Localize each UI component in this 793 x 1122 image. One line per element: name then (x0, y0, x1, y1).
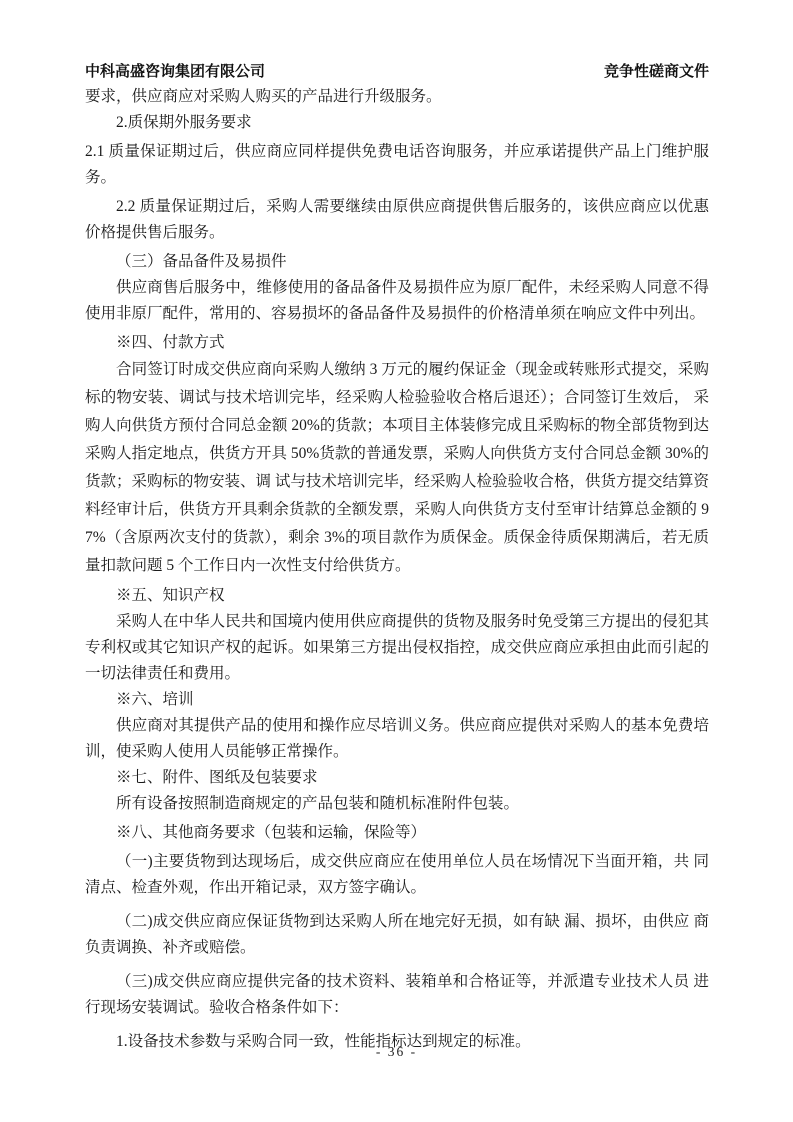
page-header: 中科高盛咨询集团有限公司 竞争性磋商文件 (85, 62, 709, 82)
paragraph: 供应商对其提供产品的使用和操作应尽培训义务。供应商应提供对采购人的基本免费培训，… (85, 713, 709, 765)
paragraph: 2.1 质量保证期过后，供应商应同样提供免费电话咨询服务，并应承诺提供产品上门维… (85, 139, 709, 191)
paragraph: ※五、知识产权 (85, 583, 709, 609)
paragraph: 2.2 质量保证期过后，采购人需要继续由原供应商提供售后服务的，该供应商应以优惠… (85, 194, 709, 246)
paragraph: （三)成交供应商应提供完备的技术资料、装箱单和合格证等，并派遣专业技术人员 进行… (85, 969, 709, 1021)
paragraph: （三）备品备件及易损件 (85, 249, 709, 275)
page-footer: - 36 - (0, 1044, 793, 1060)
paragraph: 采购人在中华人民共和国境内使用供应商提供的货物及服务时免受第三方提出的侵犯其专利… (85, 609, 709, 687)
paragraph: （一)主要货物到达现场后，成交供应商应在使用单位人员在场情况下当面开箱，共 同清… (85, 849, 709, 901)
page-number: - 36 - (376, 1044, 417, 1059)
paragraph: 供应商售后服务中，维修使用的备品备件及易损件应为原厂配件，未经采购人同意不得使用… (85, 275, 709, 327)
paragraph: 合同签订时成交供应商向采购人缴纳 3 万元的履约保证金（现金或转账形式提交，采购… (85, 356, 709, 580)
header-doc-type: 竞争性磋商文件 (604, 62, 709, 82)
paragraph: 所有设备按照制造商规定的产品包装和随机标准附件包装。 (85, 791, 709, 817)
paragraph: ※七、附件、图纸及包装要求 (85, 765, 709, 791)
document-body: 要求，供应商应对采购人购买的产品进行升级服务。2.质保期外服务要求2.1 质量保… (85, 84, 709, 1055)
paragraph: ※八、其他商务要求（包装和运输，保险等） (85, 820, 709, 846)
paragraph: ※四、付款方式 (85, 330, 709, 356)
paragraph: （二)成交供应商应保证货物到达采购人所在地完好无损，如有缺 漏、损坏，由供应 商… (85, 909, 709, 961)
page-content: 中科高盛咨询集团有限公司 竞争性磋商文件 要求，供应商应对采购人购买的产品进行升… (85, 62, 709, 1055)
header-company-name: 中科高盛咨询集团有限公司 (85, 62, 265, 82)
paragraph: 2.质保期外服务要求 (85, 110, 709, 136)
paragraph: ※六、培训 (85, 687, 709, 713)
paragraph: 要求，供应商应对采购人购买的产品进行升级服务。 (85, 84, 709, 110)
document-page: 中科高盛咨询集团有限公司 竞争性磋商文件 要求，供应商应对采购人购买的产品进行升… (0, 0, 793, 1122)
